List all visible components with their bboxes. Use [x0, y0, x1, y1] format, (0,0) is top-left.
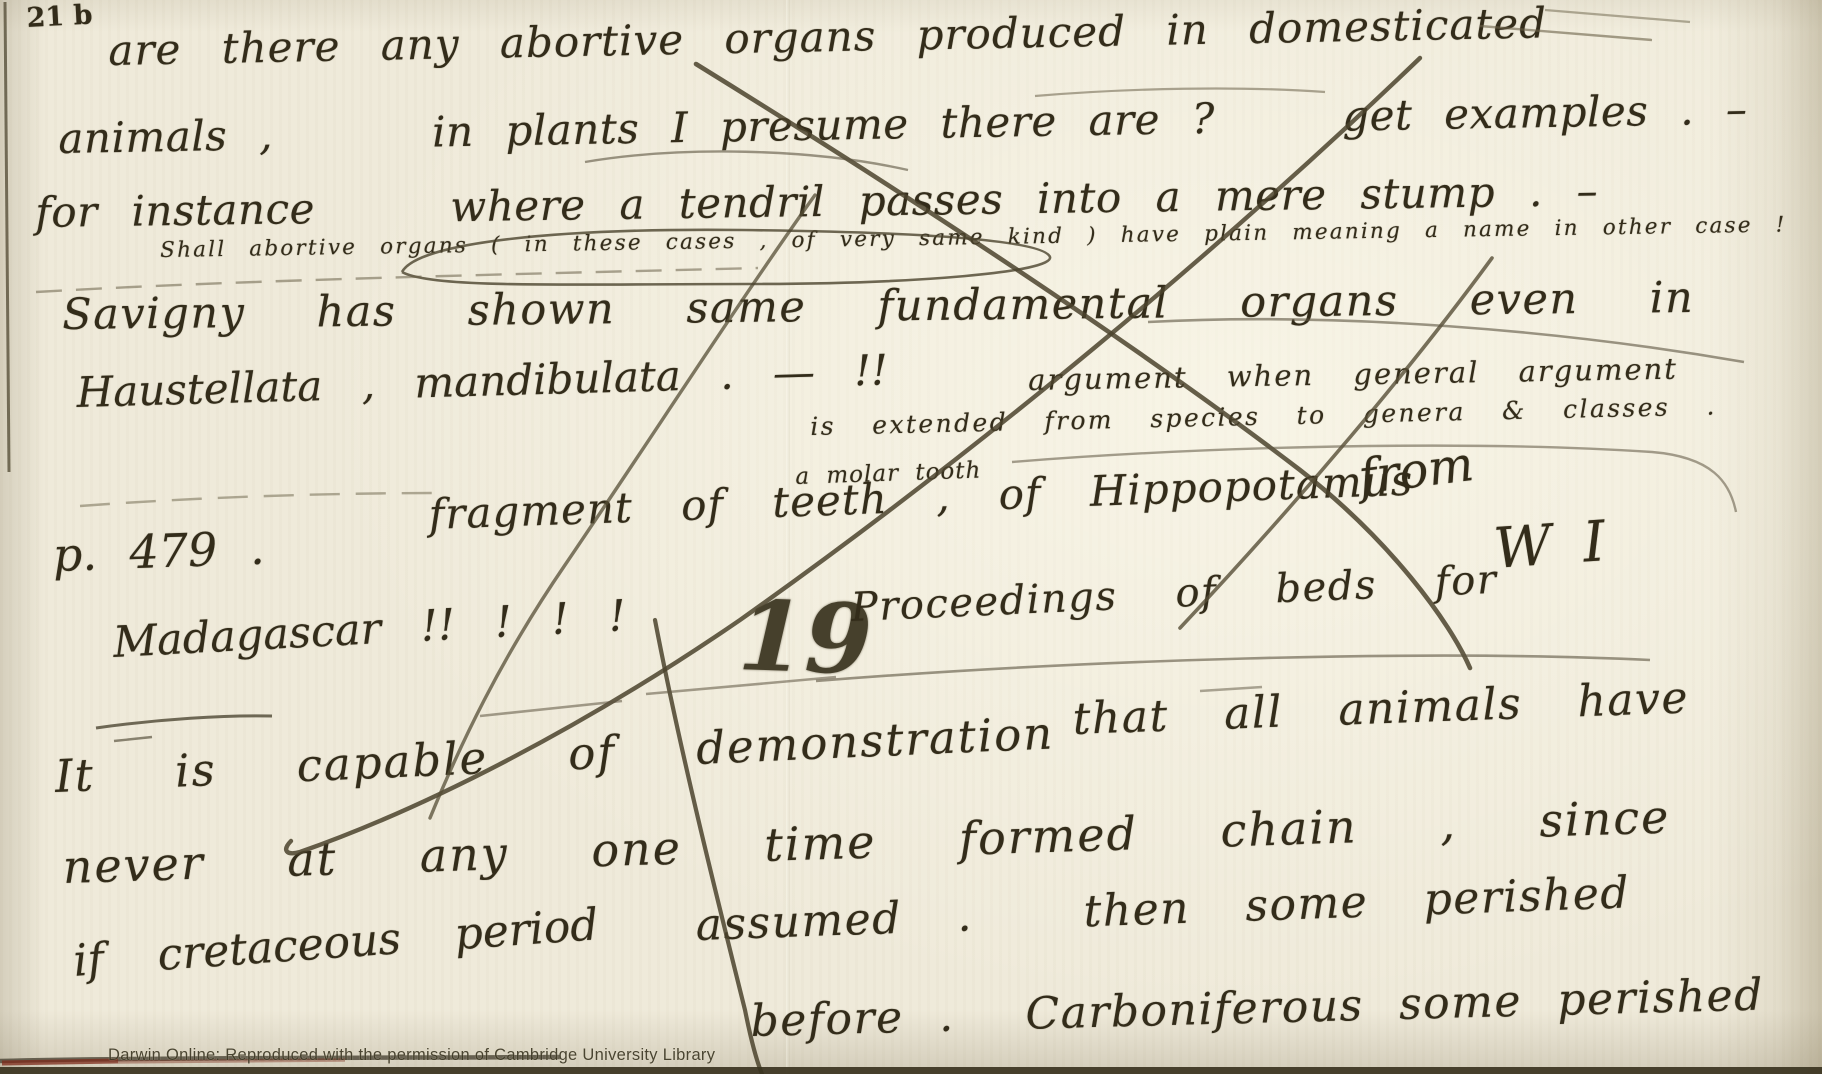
handwriting-line: from: [1356, 440, 1476, 502]
handwriting-line: before . Carboniferous some perished: [750, 973, 1764, 1044]
page-number: 21 b: [26, 2, 93, 32]
handwriting-line: p. 479 .: [52, 525, 265, 578]
handwriting-line: if cretaceous period: [72, 903, 600, 984]
overline-mark: [1545, 10, 1690, 22]
handwriting-line: that all animals have: [1072, 676, 1690, 741]
underline-mark: [480, 701, 622, 716]
bottom-strip: [0, 1067, 1822, 1074]
interlined-note: is extended from species to genera & cla…: [810, 393, 1717, 439]
handwriting-line: Savigny has shown same fundamental organ…: [62, 277, 1694, 337]
handwriting-line: Madagascar !! ! ! !: [112, 595, 627, 665]
handwriting-line: Proceedings of beds for: [850, 560, 1498, 628]
manuscript-page: 21 b are there any abortive organs produ…: [0, 0, 1822, 1074]
handwriting-line: animals , in plants I presume there are …: [58, 89, 1748, 160]
red-mark: [2, 1061, 118, 1063]
overline-mark: [585, 152, 908, 170]
handwriting-line: assumed . then some perished: [695, 871, 1631, 948]
underline-mark: [114, 737, 152, 741]
credit-line: Darwin Online: Reproduced with the permi…: [108, 1046, 715, 1065]
interlined-note: argument when general argument: [1028, 355, 1678, 395]
underline-mark: [96, 716, 272, 728]
underline-mark: [80, 493, 440, 506]
handwriting-line: It is capable of demonstration: [54, 710, 1055, 799]
handwriting-line: are there any abortive organs produced i…: [108, 2, 1547, 72]
handwriting-line: W I: [1492, 514, 1607, 578]
scan-left-edge: [5, 2, 9, 472]
handwriting-line: Haustellata , mandibulata . — !!: [76, 349, 888, 414]
